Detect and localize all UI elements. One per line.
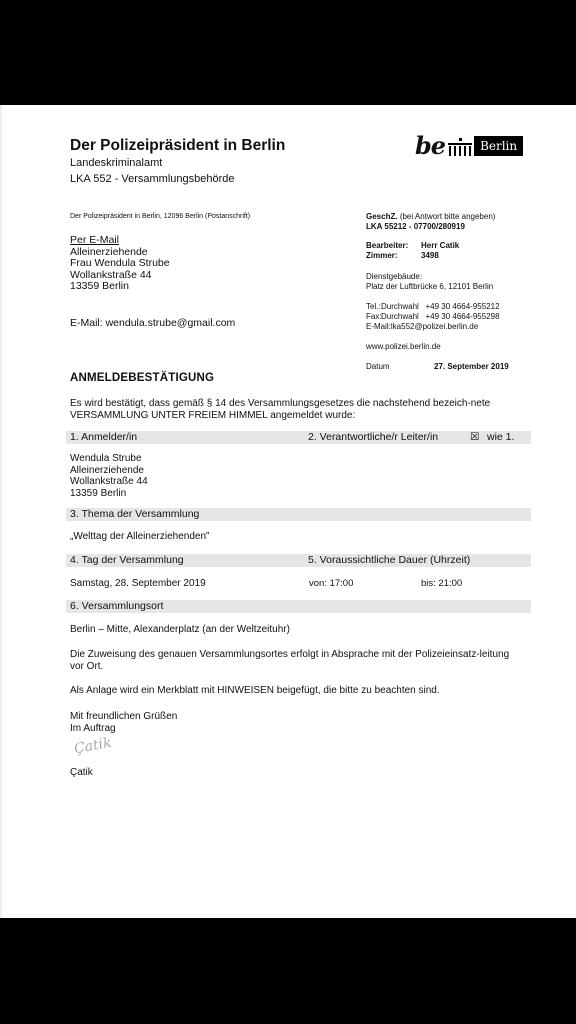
topic-label: 3. Thema der Versammlung bbox=[70, 508, 199, 521]
brandenburg-gate-icon bbox=[448, 136, 472, 156]
leader-value: wie 1. bbox=[487, 431, 514, 444]
location-value: Berlin – Mitte, Alexanderplatz (an der W… bbox=[70, 624, 290, 636]
building-label: Dienstgebäude: bbox=[366, 272, 493, 282]
logo-berlin-label: Berlin bbox=[474, 136, 523, 156]
date-of-assembly-label: 4. Tag der Versammlung bbox=[70, 554, 184, 567]
location-label: 6. Versammlungsort bbox=[70, 600, 163, 613]
reference-block: GeschZ. (bei Antwort bitte angeben) LKA … bbox=[366, 212, 495, 232]
clerk-label: Bearbeiter: bbox=[366, 241, 421, 251]
date-row: Datum27. September 2019 bbox=[366, 362, 509, 372]
closing-greeting: Mit freundlichen Grüßen bbox=[70, 711, 177, 723]
logo-be: be bbox=[415, 134, 445, 158]
document-page: Der Polizeipräsident in Berlin Landeskri… bbox=[0, 105, 576, 918]
applicant-details: Wendula Strube Alleinerziehende Wollanks… bbox=[70, 453, 148, 499]
note-location: Die Zuweisung des genauen Versammlungsor… bbox=[70, 649, 520, 672]
ref-hint: (bei Antwort bitte angeben) bbox=[400, 212, 496, 221]
date-value: 27. September 2019 bbox=[434, 362, 509, 371]
signer-name: Çatik bbox=[70, 767, 93, 779]
clerk-block: Bearbeiter:Herr Catik Zimmer:3498 bbox=[366, 241, 459, 261]
duration-label: 5. Voraussichtliche Dauer (Uhrzeit) bbox=[308, 554, 470, 567]
authority-title: Der Polizeipräsident in Berlin bbox=[70, 137, 285, 155]
ref-value: LKA 55212 - 07700/280919 bbox=[366, 222, 495, 232]
date-label: Datum bbox=[366, 362, 434, 372]
contact-block: Tel.:Durchwahl +49 30 4664-955212 Fax:Du… bbox=[366, 302, 500, 332]
department: Landeskriminalamt bbox=[70, 157, 162, 169]
address-line: 13359 Berlin bbox=[70, 281, 170, 293]
note-attachment: Als Anlage wird ein Merkblatt mit HINWEI… bbox=[70, 685, 520, 697]
fax-value: Durchwahl +49 30 4664-955298 bbox=[381, 312, 500, 321]
berlin-logo: be Berlin bbox=[415, 131, 523, 161]
closing-block: Mit freundlichen Grüßen Im Auftrag bbox=[70, 711, 177, 734]
signature: Çatik bbox=[73, 735, 113, 757]
room-label: Zimmer: bbox=[366, 251, 421, 261]
intro-paragraph: Es wird bestätigt, dass gemäß § 14 des V… bbox=[70, 398, 520, 421]
tel-label: Tel.: bbox=[366, 302, 381, 312]
document-heading: ANMELDEBESTÄTIGUNG bbox=[70, 372, 214, 384]
section-bar-3: 3. Thema der Versammlung bbox=[66, 508, 531, 521]
leader-label: 2. Verantwortliche/r Leiter/in bbox=[308, 431, 438, 444]
applicant-line: 13359 Berlin bbox=[70, 488, 148, 500]
duration-to: bis: 21:00 bbox=[421, 578, 462, 590]
office-email: E-Mail:lka552@polizei.berlin.de bbox=[366, 322, 500, 332]
closing-on-behalf: Im Auftrag bbox=[70, 723, 177, 735]
date-of-assembly-value: Samstag, 28. September 2019 bbox=[70, 578, 206, 590]
fax-label: Fax: bbox=[366, 312, 381, 322]
building-value: Platz der Luftbrücke 6, 12101 Berlin bbox=[366, 282, 493, 292]
address-line: Frau Wendula Strube bbox=[70, 258, 170, 270]
ref-label: GeschZ. bbox=[366, 212, 398, 221]
clerk-value: Herr Catik bbox=[421, 241, 459, 250]
recipient-address: Per E-Mail Alleinerziehende Frau Wendula… bbox=[70, 235, 170, 293]
same-as-checkbox: ☒ bbox=[470, 431, 479, 444]
recipient-email: E-Mail: wendula.strube@gmail.com bbox=[70, 317, 235, 329]
sender-line: Der Polizeipräsident in Berlin, 12096 Be… bbox=[70, 213, 250, 220]
applicant-label: 1. Anmelder/in bbox=[70, 431, 137, 444]
section-bar-4-5: 4. Tag der Versammlung 5. Voraussichtlic… bbox=[66, 554, 531, 567]
section-bar-1-2: 1. Anmelder/in 2. Verantwortliche/r Leit… bbox=[66, 431, 531, 444]
applicant-line: Wollankstraße 44 bbox=[70, 476, 148, 488]
applicant-line: Alleinerziehende bbox=[70, 465, 148, 477]
duration-from: von: 17:00 bbox=[309, 578, 353, 590]
building-block: Dienstgebäude: Platz der Luftbrücke 6, 1… bbox=[366, 272, 493, 292]
topic-value: „Welttag der Alleinerziehenden" bbox=[70, 531, 210, 543]
tel-value: Durchwahl +49 30 4664-955212 bbox=[381, 302, 500, 311]
website: www.polizei.berlin.de bbox=[366, 342, 441, 352]
room-value: 3498 bbox=[421, 251, 439, 260]
unit: LKA 552 - Versammlungsbehörde bbox=[70, 173, 235, 185]
delivery-method: Per E-Mail bbox=[70, 235, 170, 247]
section-bar-6: 6. Versammlungsort bbox=[66, 600, 531, 613]
applicant-line: Wendula Strube bbox=[70, 453, 148, 465]
